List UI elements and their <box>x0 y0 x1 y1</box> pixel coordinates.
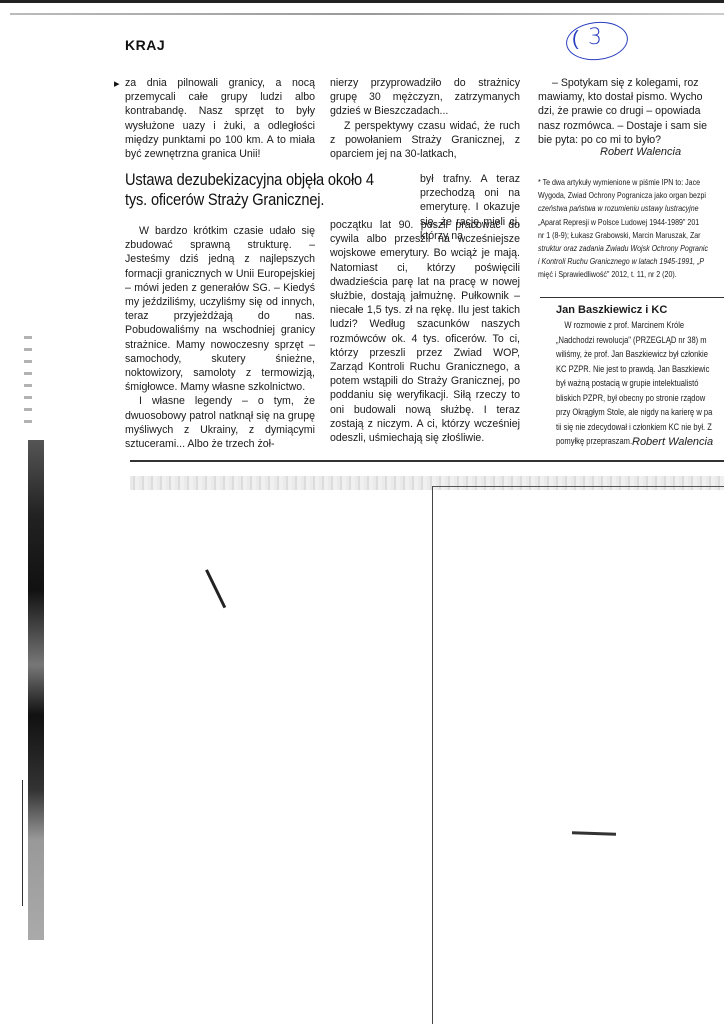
handwritten-page-number: 3 <box>588 25 602 50</box>
page-bottom-rule <box>130 460 724 462</box>
article-column-1-bottom: W bardzo krótkim czasie udało się zbudow… <box>125 224 315 451</box>
scan-overlay-sheet <box>432 486 724 1024</box>
article-column-2-bottom: początku lat 90. poszli pracować do cywi… <box>330 218 520 445</box>
text-line: przy Okrągłym Stole, ale nigdy na karier… <box>556 405 724 420</box>
paragraph: W bardzo krótkim czasie udało się zbudow… <box>125 224 315 394</box>
continuation-arrow-icon: ▸ <box>114 77 120 90</box>
correction-title: Jan Baszkiewicz i KC <box>556 304 667 316</box>
text-line: mawiamy, kto dostał pismo. Wycho <box>538 90 724 104</box>
footnote-line: czeństwa państwa w rozumieniu ustawy lus… <box>538 202 724 215</box>
text-line: bliskich PZPR, był obecny po stronie rzą… <box>556 391 724 406</box>
text-line: W rozmowie z prof. Marcinem Króle <box>556 318 724 333</box>
text-line: dzi, że prawie co drugi – opowiada <box>538 104 724 118</box>
text-line: – Spotykam się z kolegami, roz <box>538 76 724 90</box>
article-column-1-top: za dnia pilnowali granicy, a nocą przemy… <box>125 76 315 161</box>
correction-text: W rozmowie z prof. Marcinem Króle „Nadch… <box>556 318 724 449</box>
text-line: KC PZPR. Nie jest to prawdą. Jan Baszkie… <box>556 362 724 377</box>
page-top-rule <box>10 13 724 15</box>
text-line: „Nadchodzi rewolucja" (PRZEGLĄD nr 38) m <box>556 333 724 348</box>
footnote-line: i Kontroli Ruchu Granicznego w latach 19… <box>538 255 724 268</box>
correction-signature: Robert Walencia <box>632 436 713 448</box>
footnote-line: nr 1 (8-9); Łukasz Grabowski, Marcin Mar… <box>538 229 724 242</box>
text-line: nasz rozmówca. – Dostaje i sam sie <box>538 119 724 133</box>
text-line: tii się nie zdecydował i członkiem KC ni… <box>556 420 724 435</box>
text-line: bie pyta: po co mi to było? <box>538 133 724 147</box>
paragraph: Z perspektywy czasu widać, że ruch z pow… <box>330 119 520 162</box>
text-line: wiliśmy, że prof. Jan Baszkiewicz był cz… <box>556 347 724 362</box>
author-signature: Robert Walencia <box>600 146 681 158</box>
footnote-line: * Te dwa artykuły wymienione w piśmie IP… <box>538 176 724 189</box>
paragraph: I własne legendy – o tym, że dwuosobowy … <box>125 394 315 451</box>
footnote-line: struktur oraz zadania Zwiadu Wojsk Ochro… <box>538 242 724 255</box>
scan-edge-line <box>22 780 23 906</box>
box-divider <box>540 297 724 298</box>
section-label: KRAJ <box>125 37 165 53</box>
pen-stroke-mark <box>205 569 226 608</box>
footnote-line: Wygoda, Zwiad Ochrony Pogranicza jako or… <box>538 189 724 202</box>
text-line: był ważną postacią w grupie intelektuali… <box>556 376 724 391</box>
article-headline: Ustawa dezubekizacyjna objęła około 4 ty… <box>125 170 374 210</box>
footnote: * Te dwa artykuły wymienione w piśmie IP… <box>538 176 724 282</box>
paragraph: początku lat 90. poszli pracować do cywi… <box>330 218 520 445</box>
article-column-2-top: nierzy przyprowadziło do strażnicy grupę… <box>330 76 520 161</box>
paragraph: nierzy przyprowadziło do strażnicy grupę… <box>330 76 520 119</box>
scan-binding-strip <box>28 440 44 940</box>
article-column-3: – Spotykam się z kolegami, roz mawiamy, … <box>538 76 724 147</box>
handwritten-paren: ( <box>572 28 579 51</box>
scan-top-edge <box>0 0 724 3</box>
scan-edge-marks <box>24 336 32 426</box>
footnote-line: „Aparat Represji w Polsce Ludowej 1944-1… <box>538 216 724 229</box>
paragraph: za dnia pilnowali granicy, a nocą przemy… <box>125 76 315 161</box>
footnote-line: mięć i Sprawiedliwość" 2012, t. 11, nr 2… <box>538 268 724 281</box>
